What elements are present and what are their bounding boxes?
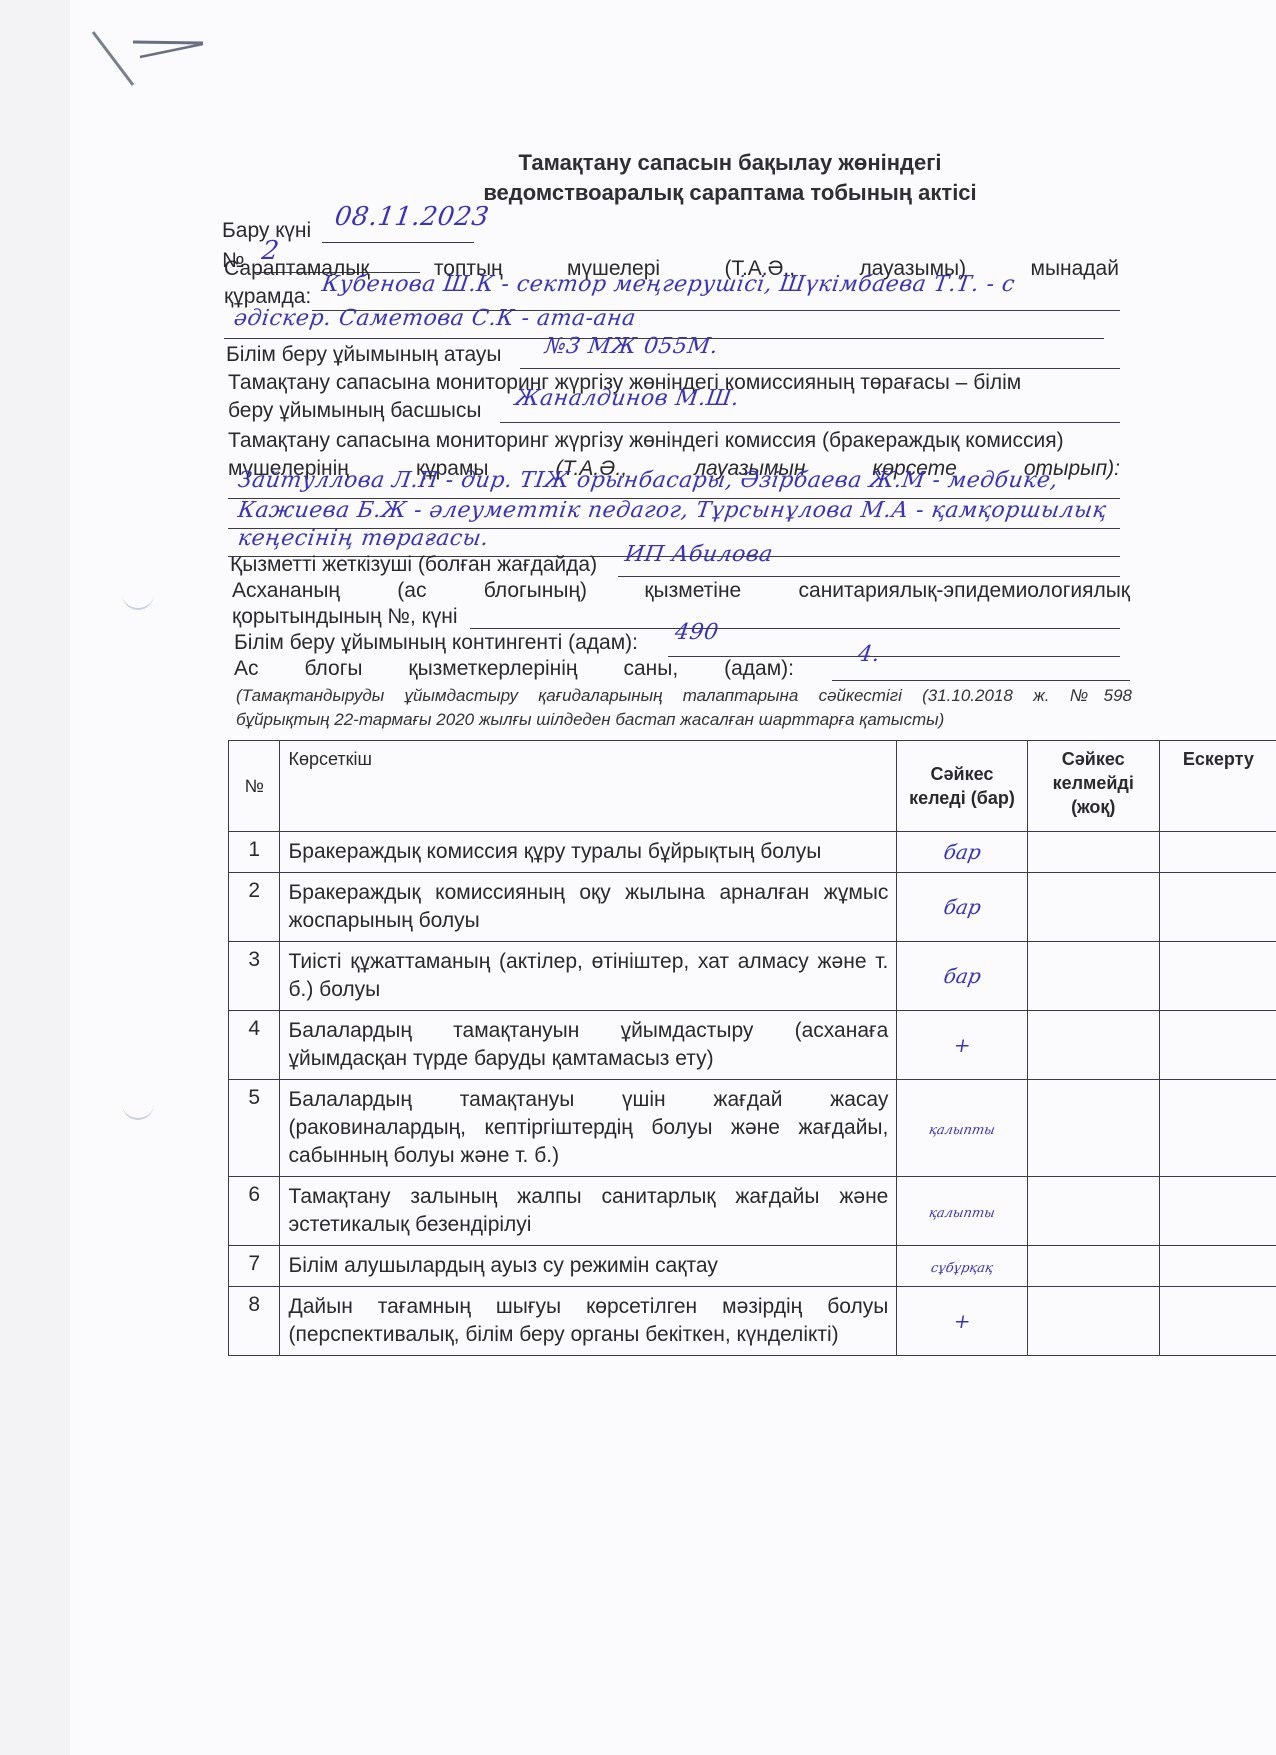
row-indicator: Дайын тағамның шығуы көрсетілген мәзірді… — [280, 1287, 897, 1356]
row-yes-value: бар — [941, 964, 982, 988]
punch-hole-icon — [122, 590, 154, 610]
expert-group-value-1: Кубенова Ш.К - сектор меңгерушісі, Шүкім… — [320, 272, 1016, 297]
expert-group-value-2: әдіскер. Саметова С.К - ата-ана — [232, 306, 637, 331]
checklist-table: № Көрсеткіш Сәйкес келеді (бар) Сәйкес к… — [228, 740, 1276, 1356]
table-header-row: № Көрсеткіш Сәйкес келеді (бар) Сәйкес к… — [229, 741, 1276, 832]
row-no-cell[interactable] — [1027, 1287, 1159, 1356]
commission-value-3: кеңесінің төрағасы. — [236, 526, 490, 551]
row-indicator: Балалардың тамақтануын ұйымдастыру (асха… — [280, 1011, 897, 1080]
row-yes-cell[interactable]: бар — [897, 832, 1027, 873]
row-number: 6 — [229, 1177, 280, 1246]
row-yes-value: қалыпты — [928, 1123, 996, 1138]
row-no-cell[interactable] — [1027, 1246, 1159, 1287]
row-number: 1 — [229, 832, 280, 873]
staple-mark-icon — [88, 30, 218, 90]
row-no-cell[interactable] — [1027, 1177, 1159, 1246]
row-number: 2 — [229, 873, 280, 942]
contingent-value: 490 — [673, 620, 720, 645]
row-note-cell[interactable] — [1159, 1177, 1276, 1246]
row-indicator: Бракераждық комиссияның оқу жылына арнал… — [280, 873, 897, 942]
table-row: 5 Балалардың тамақтануы үшін жағдай жаса… — [229, 1080, 1276, 1177]
org-name-label: Білім беру ұйымының атауы — [226, 342, 502, 368]
regulation-note-1: (Тамақтандыруды ұйымдастыру қағидаларыны… — [236, 684, 1132, 708]
table-row: 3 Тиісті құжаттаманың (актілер, өтініште… — [229, 942, 1276, 1011]
row-yes-cell[interactable]: бар — [897, 942, 1027, 1011]
row-yes-value: + — [951, 1309, 972, 1333]
row-indicator: Білім алушылардың ауыз су режимін сақтау — [280, 1246, 897, 1287]
row-note-cell[interactable] — [1159, 873, 1276, 942]
row-number: 8 — [229, 1287, 280, 1356]
commission-value-1: Зайтуллова Л.П - дир. ТІЖ орынбасары, Әз… — [236, 468, 1059, 493]
org-name-value: №3 МЖ 055М. — [543, 334, 720, 359]
chairman-value: Жаналдинов М.Ш. — [513, 386, 741, 411]
sanitary-label-2: қорытындының №, күні — [232, 604, 458, 630]
row-note-cell[interactable] — [1159, 942, 1276, 1011]
header-no: Сәйкес келмейді (жоқ) — [1027, 741, 1159, 832]
table-row: 4 Балалардың тамақтануын ұйымдастыру (ас… — [229, 1011, 1276, 1080]
row-yes-value: қалыпты — [928, 1206, 996, 1221]
chairman-label-2: беру ұйымының басшысы — [228, 398, 482, 424]
row-no-cell[interactable] — [1027, 1080, 1159, 1177]
staff-value: 4. — [856, 642, 882, 667]
header-note: Ескерту — [1159, 741, 1276, 832]
visit-date-value: 08.11.2023 — [333, 202, 491, 232]
row-number: 5 — [229, 1080, 280, 1177]
table-row: 7 Білім алушылардың ауыз су режимін сақт… — [229, 1246, 1276, 1287]
row-yes-cell[interactable]: қалыпты — [897, 1177, 1027, 1246]
row-yes-value: сұбұрқақ — [930, 1261, 995, 1276]
row-no-cell[interactable] — [1027, 832, 1159, 873]
header-yes: Сәйкес келеді (бар) — [897, 741, 1027, 832]
regulation-note-2: бұйрықтың 22-тармағы 2020 жылғы шілдеден… — [236, 708, 944, 732]
row-yes-cell[interactable]: + — [897, 1287, 1027, 1356]
row-yes-value: бар — [941, 895, 982, 919]
table-row: 1 Бракераждық комиссия құру туралы бұйры… — [229, 832, 1276, 873]
table-row: 8 Дайын тағамның шығуы көрсетілген мәзір… — [229, 1287, 1276, 1356]
punch-hole-icon — [122, 1100, 154, 1120]
row-no-cell[interactable] — [1027, 873, 1159, 942]
row-indicator: Балалардың тамақтануы үшін жағдай жасау … — [280, 1080, 897, 1177]
row-yes-cell[interactable]: бар — [897, 873, 1027, 942]
row-yes-cell[interactable]: сұбұрқақ — [897, 1246, 1027, 1287]
sanitary-field[interactable] — [470, 600, 1120, 629]
row-yes-cell[interactable]: + — [897, 1011, 1027, 1080]
commission-value-2: Кажиева Б.Ж - әлеуметтік педагог, Тұрсын… — [236, 498, 1108, 523]
commission-label: Тамақтану сапасына мониторинг жүргізу жө… — [228, 428, 1064, 454]
row-yes-value: + — [951, 1033, 972, 1057]
row-note-cell[interactable] — [1159, 1080, 1276, 1177]
row-note-cell[interactable] — [1159, 1287, 1276, 1356]
row-yes-value: бар — [941, 840, 982, 864]
row-indicator: Бракераждық комиссия құру туралы бұйрықт… — [280, 832, 897, 873]
row-no-cell[interactable] — [1027, 942, 1159, 1011]
supplier-value: ИП Абилова — [623, 542, 774, 567]
row-yes-cell[interactable]: қалыпты — [897, 1080, 1027, 1177]
supplier-label: Қызметті жеткізуші (болған жағдайда) — [230, 552, 597, 578]
staff-label: Ас блогы қызметкерлерінің саны, (адам): — [234, 656, 794, 682]
header-indicator: Көрсеткіш — [280, 741, 897, 832]
contingent-label: Білім беру ұйымының контингенті (адам): — [234, 630, 638, 656]
scan-margin — [0, 0, 70, 1755]
row-note-cell[interactable] — [1159, 832, 1276, 873]
row-number: 4 — [229, 1011, 280, 1080]
table-row: 6 Тамақтану залының жалпы санитарлық жағ… — [229, 1177, 1276, 1246]
row-indicator: Тиісті құжаттаманың (актілер, өтініштер,… — [280, 942, 897, 1011]
row-number: 7 — [229, 1246, 280, 1287]
row-indicator: Тамақтану залының жалпы санитарлық жағда… — [280, 1177, 897, 1246]
row-no-cell[interactable] — [1027, 1011, 1159, 1080]
header-num: № — [229, 741, 280, 832]
document-title: Тамақтану сапасын бақылау жөніндегі ведо… — [300, 148, 1160, 208]
row-note-cell[interactable] — [1159, 1011, 1276, 1080]
row-note-cell[interactable] — [1159, 1246, 1276, 1287]
row-number: 3 — [229, 942, 280, 1011]
table-row: 2 Бракераждық комиссияның оқу жылына арн… — [229, 873, 1276, 942]
